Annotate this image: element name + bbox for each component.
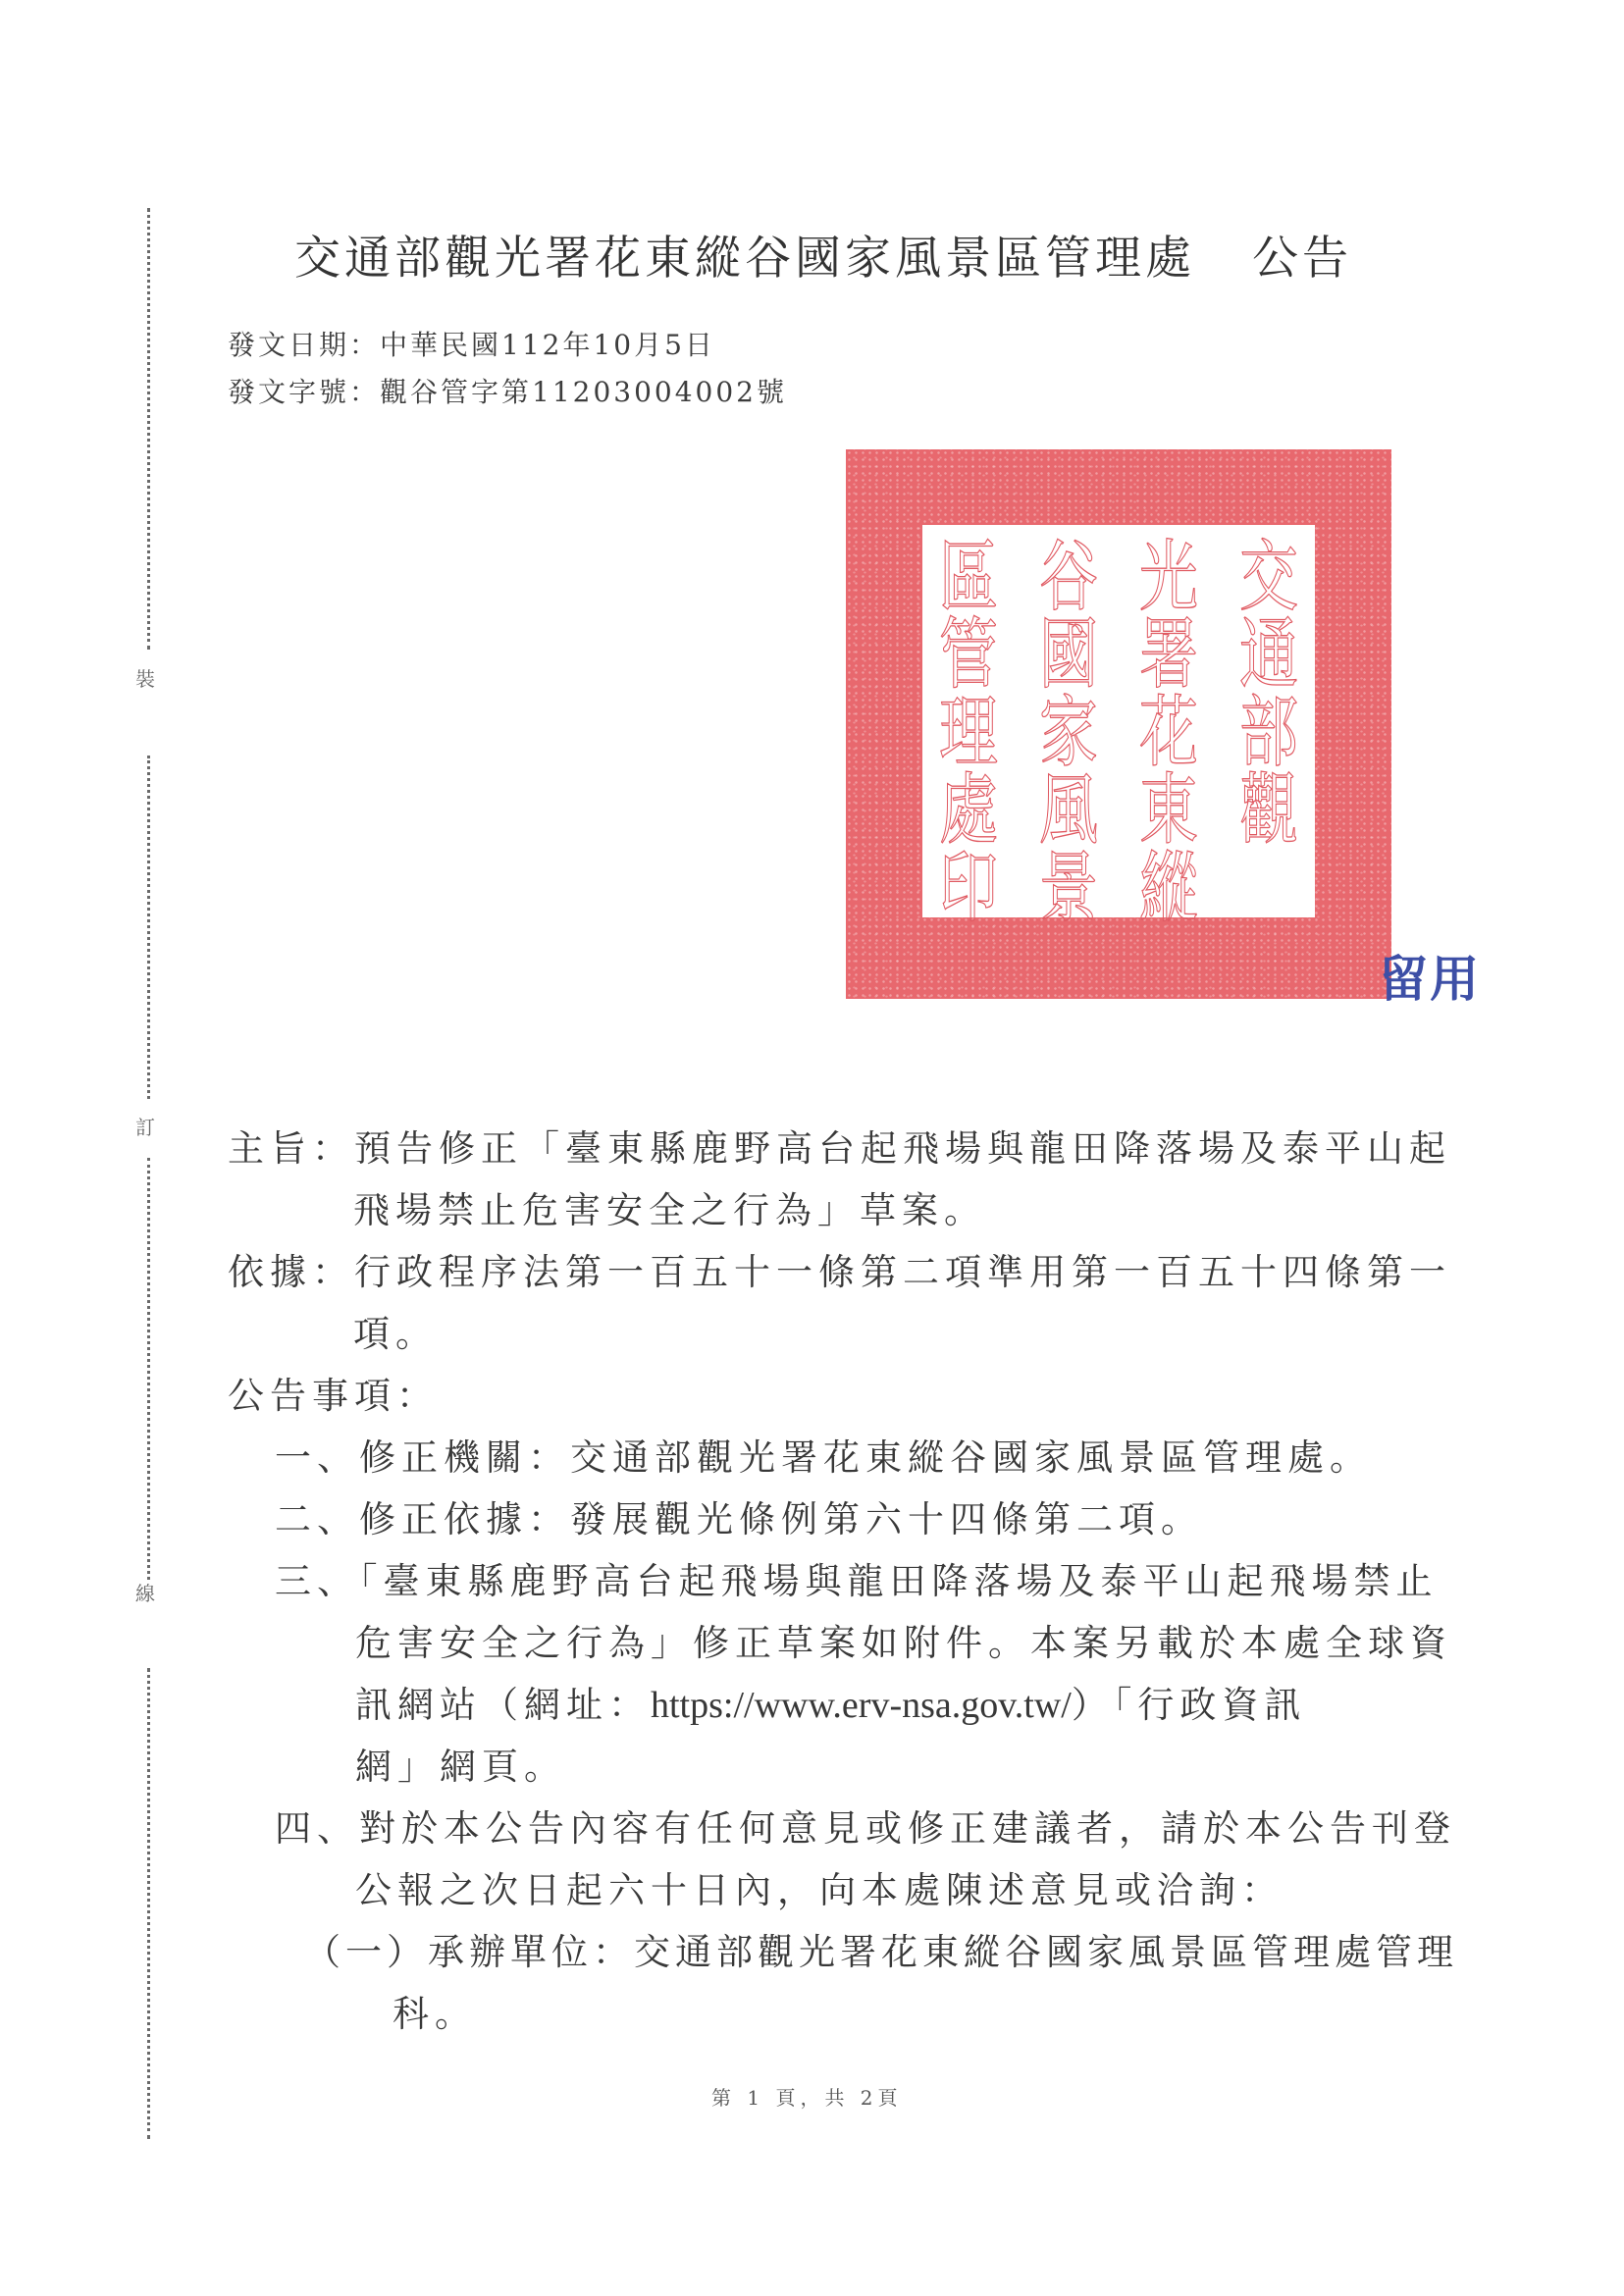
binding-line-segment-4 bbox=[147, 1668, 150, 2139]
seal-column-2: 光署花東縱 bbox=[1138, 539, 1199, 904]
retain-note: 留用 bbox=[1379, 940, 1481, 1011]
notice-item-4-line-1: 四、對於本公告內容有任何意見或修正建議者，請於本公告刊登 bbox=[275, 1799, 1456, 1852]
binding-line-segment-2 bbox=[147, 756, 150, 1099]
notice-item-2: 二、修正依據：發展觀光條例第六十四條第二項。 bbox=[275, 1489, 1203, 1542]
document-title: 交通部觀光署花東縱谷國家風景區管理處公告 bbox=[294, 222, 1352, 287]
document-type: 公告 bbox=[1252, 232, 1352, 286]
notices-heading: 公告事項： bbox=[228, 1366, 439, 1419]
notice-item-1: 一、修正機關：交通部觀光署花東縱谷國家風景區管理處。 bbox=[275, 1428, 1372, 1481]
basis-line-2: 項。 bbox=[353, 1304, 438, 1357]
notice-item-3-line-3: 訊網站（網址：https://www.erv-nsa.gov.tw/）「行政資訊 bbox=[355, 1675, 1306, 1728]
binding-label-xian: 線 bbox=[135, 1578, 155, 1606]
notice-item-3-line-1: 三、「臺東縣鹿野高台起飛場與龍田降落場及泰平山起飛場禁止 bbox=[275, 1551, 1439, 1604]
official-seal-inscription: 交通部觀 光署花東縱 谷國家風景 區管理處印 bbox=[922, 525, 1315, 917]
document-number-value: 觀谷管字第11203004002號 bbox=[380, 376, 787, 408]
sub-item-1-line-1: （一）承辦單位：交通部觀光署花東縱谷國家風景區管理處管理 bbox=[304, 1922, 1458, 1975]
binding-label-ding: 訂 bbox=[135, 1112, 155, 1140]
issue-date-value: 中華民國112年10月5日 bbox=[380, 329, 715, 361]
notice-item-3-line-4: 網」網頁。 bbox=[355, 1737, 566, 1790]
binding-line-segment-3 bbox=[147, 1158, 150, 1580]
notice-item-4-line-2: 公報之次日起六十日內，向本處陳述意見或洽詢： bbox=[355, 1860, 1283, 1913]
website-url: https://www.erv-nsa.gov.tw/ bbox=[651, 1685, 1072, 1726]
seal-column-3: 谷國家風景 bbox=[1038, 539, 1099, 904]
issue-date: 發文日期：中華民國112年10月5日 bbox=[228, 324, 715, 363]
seal-column-4: 區管理處印 bbox=[938, 539, 999, 904]
notice-item-3-line-2: 危害安全之行為」修正草案如附件。本案另載於本處全球資 bbox=[355, 1613, 1452, 1666]
document-number-label: 發文字號： bbox=[228, 376, 380, 408]
subject-line-1: 主旨：預告修正「臺東縣鹿野高台起飛場與龍田降落場及泰平山起 bbox=[228, 1119, 1451, 1172]
website-label: 訊網站（網址： bbox=[355, 1684, 651, 1726]
subject-line-2: 飛場禁止危害安全之行為」草案。 bbox=[353, 1180, 986, 1233]
sub-item-1-line-2: 科。 bbox=[393, 1984, 477, 2037]
subject-label: 主旨： bbox=[228, 1127, 354, 1170]
agency-name: 交通部觀光署花東縱谷國家風景區管理處 bbox=[294, 232, 1195, 286]
document-number: 發文字號：觀谷管字第11203004002號 bbox=[228, 371, 787, 410]
basis-line-1: 依據：行政程序法第一百五十一條第二項準用第一百五十四條第一 bbox=[228, 1242, 1451, 1295]
basis-text: 行政程序法第一百五十一條第二項準用第一百五十四條第一 bbox=[354, 1251, 1451, 1293]
subject-text: 預告修正「臺東縣鹿野高台起飛場與龍田降落場及泰平山起 bbox=[354, 1127, 1451, 1170]
website-section: ）「行政資訊 bbox=[1072, 1684, 1307, 1726]
issue-date-label: 發文日期： bbox=[228, 329, 380, 361]
binding-line-segment-1 bbox=[147, 208, 150, 650]
basis-label: 依據： bbox=[228, 1251, 354, 1293]
page-number: 第 1 頁，共 2頁 bbox=[711, 2082, 903, 2111]
binding-label-zhuang: 裝 bbox=[135, 663, 155, 692]
seal-column-1: 交通部觀 bbox=[1238, 539, 1299, 904]
